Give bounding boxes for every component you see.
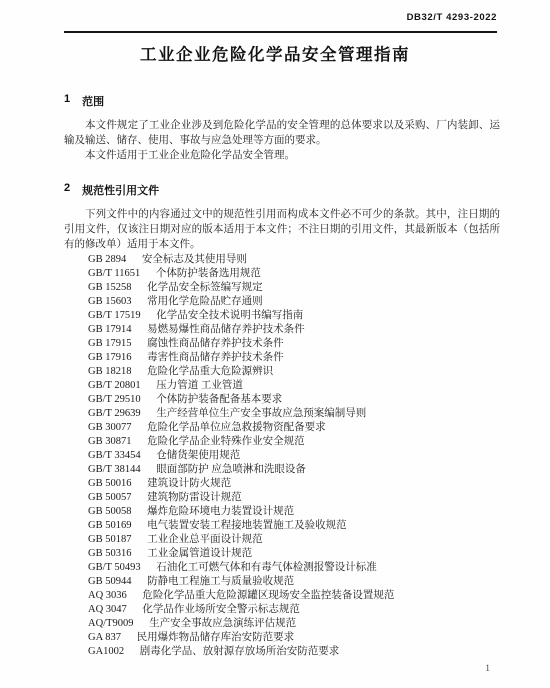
reference-item: GB 30871 危险化学品企业特殊作业安全规范 bbox=[88, 435, 500, 449]
reference-item: GB/T 29639 生产经营单位生产安全事故应急预案编制导则 bbox=[88, 407, 500, 421]
reference-item: GB 17915 腐蚀性商品储存养护技术条件 bbox=[88, 337, 500, 351]
reference-item: GB/T 20801 压力管道 工业管道 bbox=[88, 379, 500, 393]
reference-code: GB/T 50493 bbox=[88, 562, 141, 573]
reference-item: GB 50316 工业金属管道设计规范 bbox=[88, 547, 500, 561]
reference-code: GB/T 11651 bbox=[88, 268, 140, 279]
reference-title: 工业企业总平面设计规范 bbox=[147, 534, 263, 545]
reference-title: 化学品作业场所安全警示标志规范 bbox=[142, 604, 300, 615]
paragraph: 本文件规定了工业企业涉及到危险化学品的安全管理的总体要求以及采购、厂内装卸、运输… bbox=[64, 118, 500, 148]
reference-item: AQ 3047 化学品作业场所安全警示标志规范 bbox=[88, 603, 500, 617]
reference-title: 石油化工可燃气体和有毒气体检测报警设计标准 bbox=[156, 562, 377, 573]
reference-code: GB 17914 bbox=[88, 324, 131, 335]
reference-code: GB/T 38144 bbox=[88, 464, 141, 475]
reference-code: GB 50016 bbox=[88, 478, 131, 489]
reference-item: GB 15258 化学品安全标签编写规定 bbox=[88, 281, 500, 295]
reference-title: 生产安全事故应急演练评估规范 bbox=[149, 618, 296, 629]
paragraph: 本文件适用于工业企业危险化学品安全管理。 bbox=[64, 148, 500, 163]
reference-item: GB 50058 爆炸危险环境电力装置设计规范 bbox=[88, 505, 500, 519]
reference-code: GB 2894 bbox=[88, 254, 126, 265]
section-normative-references: 2 规范性引用文件 下列文件中的内容通过文中的规范性引用而构成本文件必不可少的条… bbox=[64, 182, 500, 659]
reference-item: GA 837 民用爆炸物品储存库治安防范要求 bbox=[88, 631, 500, 645]
section-heading: 1 范围 bbox=[64, 93, 500, 109]
reference-item: GB 17916 毒害性商品储存养护技术条件 bbox=[88, 351, 500, 365]
reference-title: 化学品安全标签编写规定 bbox=[147, 282, 263, 293]
reference-title: 生产经营单位生产安全事故应急预案编制导则 bbox=[156, 408, 366, 419]
reference-code: GA 837 bbox=[88, 632, 121, 643]
section-heading: 2 规范性引用文件 bbox=[64, 182, 500, 198]
reference-title: 工业金属管道设计规范 bbox=[147, 548, 252, 559]
document-page: DB32/T 4293-2022 工业企业危险化学品安全管理指南 1 范围 本文… bbox=[0, 0, 550, 688]
reference-item: GA1002 剧毒化学品、放射源存放场所治安防范要求 bbox=[88, 645, 500, 659]
reference-code: GB 17915 bbox=[88, 338, 131, 349]
reference-title: 剧毒化学品、放射源存放场所治安防范要求 bbox=[140, 646, 340, 657]
reference-code: AQ 3036 bbox=[88, 590, 127, 601]
reference-title: 危险化学品重大危险源辨识 bbox=[147, 366, 273, 377]
section-number: 2 bbox=[64, 182, 70, 198]
reference-title: 常用化学危险品贮存通则 bbox=[147, 296, 263, 307]
reference-code: GB/T 17519 bbox=[88, 310, 141, 321]
reference-title: 建筑物防雷设计规范 bbox=[147, 492, 242, 503]
reference-title: 危险化学品企业特殊作业安全规范 bbox=[147, 436, 305, 447]
reference-title: 危险化学品单位应急救援物资配备要求 bbox=[147, 422, 326, 433]
reference-item: GB 18218 危险化学品重大危险源辨识 bbox=[88, 365, 500, 379]
reference-code: GB 30077 bbox=[88, 422, 131, 433]
reference-code: GB/T 29639 bbox=[88, 408, 141, 419]
reference-code: GB 17916 bbox=[88, 352, 131, 363]
reference-code: GB/T 33454 bbox=[88, 450, 141, 461]
header-rule bbox=[64, 31, 497, 33]
reference-code: GB 50316 bbox=[88, 548, 131, 559]
section-scope: 1 范围 本文件规定了工业企业涉及到危险化学品的安全管理的总体要求以及采购、厂内… bbox=[64, 93, 500, 163]
reference-title: 毒害性商品储存养护技术条件 bbox=[147, 352, 284, 363]
reference-item: AQ/T9009 生产安全事故应急演练评估规范 bbox=[88, 617, 500, 631]
reference-code: GB 50187 bbox=[88, 534, 131, 545]
reference-item: GB/T 50493 石油化工可燃气体和有毒气体检测报警设计标准 bbox=[88, 561, 500, 575]
page-number: 1 bbox=[485, 664, 490, 674]
page-title: 工业企业危险化学品安全管理指南 bbox=[0, 41, 550, 65]
reference-title: 安全标志及其使用导则 bbox=[142, 254, 247, 265]
reference-title: 危险化学品重大危险源罐区现场安全监控装备设置规范 bbox=[142, 590, 394, 601]
reference-item: GB 50016 建筑设计防火规范 bbox=[88, 477, 500, 491]
paragraph: 下列文件中的内容通过文中的规范性引用而构成本文件必不可少的条款。其中，注日期的引… bbox=[64, 207, 500, 252]
reference-item: GB/T 33454 仓储货架使用规范 bbox=[88, 449, 500, 463]
reference-title: 化学品安全技术说明书编写指南 bbox=[156, 310, 303, 321]
doc-number: DB32/T 4293-2022 bbox=[407, 12, 497, 23]
reference-item: GB/T 17519 化学品安全技术说明书编写指南 bbox=[88, 309, 500, 323]
reference-item: GB/T 38144 眼面部防护 应急喷淋和洗眼设备 bbox=[88, 463, 500, 477]
reference-item: GB 2894 安全标志及其使用导则 bbox=[88, 253, 500, 267]
reference-code: AQ/T9009 bbox=[88, 618, 134, 629]
reference-code: GB 50169 bbox=[88, 520, 131, 531]
reference-item: GB/T 29510 个体防护装备配备基本要求 bbox=[88, 393, 500, 407]
reference-item: GB 50169 电气装置安装工程接地装置施工及验收规范 bbox=[88, 519, 500, 533]
reference-title: 易燃易爆性商品储存养护技术条件 bbox=[147, 324, 305, 335]
reference-code: GB/T 29510 bbox=[88, 394, 141, 405]
reference-item: GB 30077 危险化学品单位应急救援物资配备要求 bbox=[88, 421, 500, 435]
reference-item: GB 50944 防静电工程施工与质量验收规范 bbox=[88, 575, 500, 589]
reference-title: 仓储货架使用规范 bbox=[156, 450, 240, 461]
section-heading-label: 范围 bbox=[82, 93, 104, 109]
reference-item: GB 17914 易燃易爆性商品储存养护技术条件 bbox=[88, 323, 500, 337]
reference-title: 电气装置安装工程接地装置施工及验收规范 bbox=[147, 520, 347, 531]
reference-code: GB 18218 bbox=[88, 366, 131, 377]
reference-item: GB 15603 常用化学危险品贮存通则 bbox=[88, 295, 500, 309]
reference-code: AQ 3047 bbox=[88, 604, 127, 615]
references-list: GB 2894 安全标志及其使用导则 GB/T 11651 个体防护装备选用规范… bbox=[64, 253, 500, 659]
reference-code: GB 50057 bbox=[88, 492, 131, 503]
reference-item: GB 50057 建筑物防雷设计规范 bbox=[88, 491, 500, 505]
reference-title: 腐蚀性商品储存养护技术条件 bbox=[147, 338, 284, 349]
reference-item: GB/T 11651 个体防护装备选用规范 bbox=[88, 267, 500, 281]
reference-item: AQ 3036 危险化学品重大危险源罐区现场安全监控装备设置规范 bbox=[88, 589, 500, 603]
reference-title: 个体防护装备配备基本要求 bbox=[156, 394, 282, 405]
reference-title: 防静电工程施工与质量验收规范 bbox=[147, 576, 294, 587]
document-body: 1 范围 本文件规定了工业企业涉及到危险化学品的安全管理的总体要求以及采购、厂内… bbox=[64, 93, 500, 659]
reference-title: 民用爆炸物品储存库治安防范要求 bbox=[137, 632, 295, 643]
reference-code: GB 30871 bbox=[88, 436, 131, 447]
reference-title: 眼面部防护 应急喷淋和洗眼设备 bbox=[156, 464, 306, 475]
reference-title: 建筑设计防火规范 bbox=[147, 478, 231, 489]
section-heading-label: 规范性引用文件 bbox=[82, 182, 159, 198]
reference-title: 个体防护装备选用规范 bbox=[156, 268, 261, 279]
reference-code: GB 50058 bbox=[88, 506, 131, 517]
reference-code: GA1002 bbox=[88, 646, 124, 657]
section-number: 1 bbox=[64, 93, 70, 109]
reference-code: GB 50944 bbox=[88, 576, 131, 587]
reference-code: GB 15258 bbox=[88, 282, 131, 293]
reference-item: GB 50187 工业企业总平面设计规范 bbox=[88, 533, 500, 547]
reference-title: 爆炸危险环境电力装置设计规范 bbox=[147, 506, 294, 517]
reference-code: GB 15603 bbox=[88, 296, 131, 307]
reference-code: GB/T 20801 bbox=[88, 380, 141, 391]
reference-title: 压力管道 工业管道 bbox=[156, 380, 243, 391]
